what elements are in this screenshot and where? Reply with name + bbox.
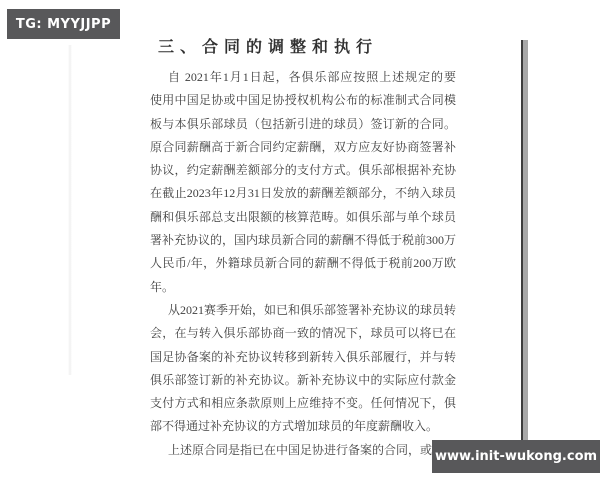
telegram-watermark-text: TG: MYYJJPP bbox=[16, 17, 111, 32]
text-line: 部不得通过补充协议的方式增加球员的年度薪酬收入。 bbox=[150, 415, 456, 438]
page-edge-highlight bbox=[523, 40, 528, 440]
text-line: 板与本俱乐部球员（包括新引进的球员）签订新的合同。如 bbox=[150, 113, 456, 136]
text-line: 人民币/年，外籍球员新合同的薪酬不得低于税前200万欧元/ bbox=[150, 252, 456, 275]
section-heading: 三、合同的调整和执行 bbox=[158, 38, 456, 58]
text-line: 自 2021年1月1日起，各俱乐部应按照上述规定的要求， bbox=[150, 66, 456, 89]
text-line: 在截止2023年12月31日发放的薪酬差额部分，不纳入球员薪 bbox=[150, 182, 456, 205]
page-crease bbox=[68, 45, 72, 375]
text-line: 酬和俱乐部总支出限额的核算范畴。如俱乐部与单个球员签 bbox=[150, 206, 456, 229]
text-line: 年。 bbox=[150, 276, 456, 299]
text-line: 署补充协议的，国内球员新合同的薪酬不得低于税前300万元 bbox=[150, 229, 456, 252]
paragraph: 从2021赛季开始，如已和俱乐部签署补充协议的球员转会，在与转入俱乐部协商一致的… bbox=[150, 299, 456, 439]
website-watermark-badge: www.init-wukong.com bbox=[432, 440, 600, 473]
text-line: 俱乐部签订新的补充协议。新补充协议中的实际应付款金额、 bbox=[150, 369, 456, 392]
text-line: 从2021赛季开始，如已和俱乐部签署补充协议的球员转 bbox=[150, 299, 456, 322]
telegram-watermark-badge: TG: MYYJJPP bbox=[7, 9, 120, 39]
document-paragraphs: 自 2021年1月1日起，各俱乐部应按照上述规定的要求，使用中国足协或中国足协授… bbox=[150, 66, 456, 462]
website-watermark-text: www.init-wukong.com bbox=[435, 449, 597, 464]
screenshot-root: 三、合同的调整和执行 自 2021年1月1日起，各俱乐部应按照上述规定的要求，使… bbox=[0, 0, 600, 480]
text-line: 国足协备案的补充协议转移到新转入俱乐部履行，并与转入 bbox=[150, 346, 456, 369]
text-line: 会，在与转入俱乐部协商一致的情况下，球员可以将已在中 bbox=[150, 322, 456, 345]
text-line: 使用中国足协或中国足协授权机构公布的标准制式合同模 bbox=[150, 89, 456, 112]
document-page: 三、合同的调整和执行 自 2021年1月1日起，各俱乐部应按照上述规定的要求，使… bbox=[150, 38, 456, 462]
text-line: 上述原合同是指已在中国足协进行备案的合同，或在 bbox=[150, 439, 456, 462]
text-line: 支付方式和相应条款原则上应维持不变。任何情况下，俱乐 bbox=[150, 392, 456, 415]
paragraph: 上述原合同是指已在中国足协进行备案的合同，或在 bbox=[150, 439, 456, 462]
text-line: 协议，约定薪酬差额部分的支付方式。俱乐部根据补充协议 bbox=[150, 159, 456, 182]
paragraph: 自 2021年1月1日起，各俱乐部应按照上述规定的要求，使用中国足协或中国足协授… bbox=[150, 66, 456, 299]
text-line: 原合同薪酬高于新合同约定薪酬，双方应友好协商签署补充 bbox=[150, 136, 456, 159]
